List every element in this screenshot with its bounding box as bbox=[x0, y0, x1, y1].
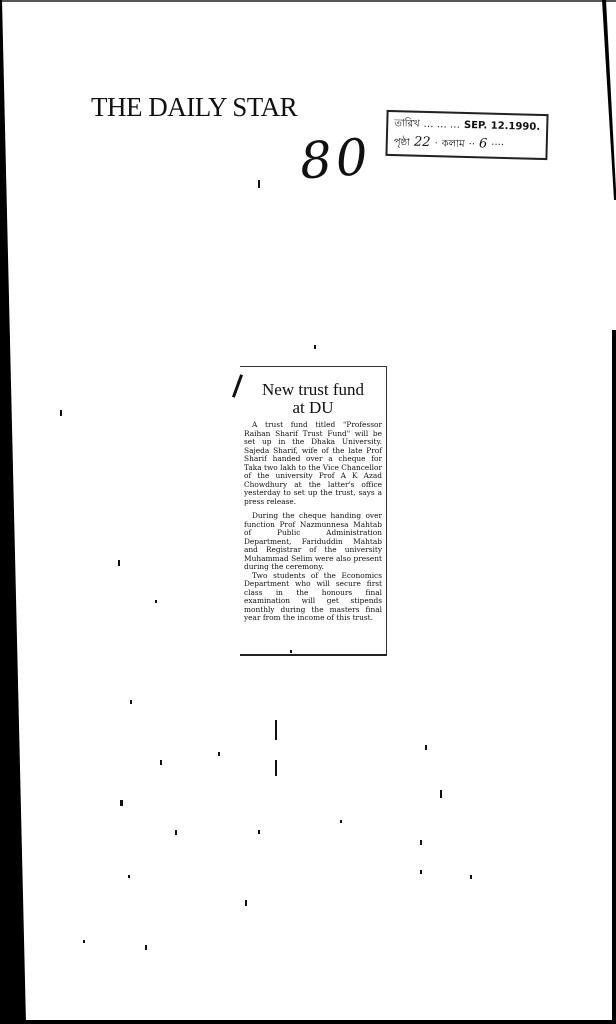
publication-masthead: THE DAILY STAR bbox=[91, 92, 297, 123]
scan-speck bbox=[160, 760, 162, 765]
scan-speck bbox=[130, 700, 132, 704]
stamp-dots: ·· bbox=[468, 139, 475, 150]
scan-speck bbox=[420, 870, 422, 874]
stamp-page-label: পৃষ্ঠা bbox=[394, 135, 411, 152]
scan-top-border bbox=[0, 0, 616, 2]
scan-speck bbox=[155, 600, 157, 603]
scan-speck bbox=[145, 945, 147, 950]
newspaper-clipping: New trust fund at DU A trust fund titled… bbox=[240, 366, 387, 656]
scan-speck bbox=[340, 820, 342, 823]
stamp-dots: ···· bbox=[491, 140, 504, 151]
scan-speck bbox=[118, 560, 120, 566]
article-headline: New trust fund at DU bbox=[244, 381, 382, 417]
stamp-dots: … … … bbox=[423, 119, 460, 131]
scan-speck bbox=[275, 720, 277, 740]
scan-speck bbox=[470, 875, 472, 879]
scan-speck bbox=[128, 875, 130, 878]
scan-right-border bbox=[612, 330, 616, 1024]
scan-right-tear bbox=[598, 0, 616, 200]
stamp-column-value: 6 bbox=[479, 136, 488, 151]
scan-speck bbox=[275, 760, 277, 776]
scan-speck bbox=[218, 752, 220, 756]
scan-speck bbox=[175, 830, 177, 835]
article-paragraph: A trust fund titled "Professor Raihan Sh… bbox=[244, 421, 382, 506]
scan-speck bbox=[245, 900, 247, 906]
scan-speck bbox=[290, 650, 292, 653]
scan-left-border bbox=[0, 0, 30, 1024]
scan-speck bbox=[120, 800, 123, 806]
stamp-dots: · bbox=[434, 138, 437, 149]
scan-speck bbox=[440, 790, 442, 798]
article-body: A trust fund titled "Professor Raihan Sh… bbox=[244, 421, 382, 623]
stamp-page-value: 22 bbox=[414, 135, 431, 150]
stamp-date-value: SEP. 12.1990. bbox=[464, 120, 540, 133]
archive-stamp: তারিখ … … … SEP. 12.1990. পৃষ্ঠা 22 · কল… bbox=[385, 110, 548, 160]
headline-line-1: New trust fund bbox=[244, 381, 382, 399]
scan-speck bbox=[83, 940, 85, 943]
scan-speck bbox=[420, 840, 422, 845]
scan-speck bbox=[258, 830, 260, 834]
article-paragraph: During the cheque handing over function … bbox=[244, 512, 382, 572]
article-paragraph: Two students of the Economics Department… bbox=[244, 572, 382, 623]
headline-line-2: at DU bbox=[244, 399, 382, 417]
handwritten-page-number: 80 bbox=[298, 128, 373, 191]
stamp-column-label: কলাম bbox=[441, 136, 464, 154]
scan-speck bbox=[258, 180, 260, 188]
stamp-page-row: পৃষ্ঠা 22 · কলাম ·· 6 ···· bbox=[394, 134, 540, 156]
scan-speck bbox=[60, 410, 62, 416]
stamp-date-label: তারিখ bbox=[394, 116, 420, 134]
scan-bottom-border bbox=[0, 1020, 616, 1024]
scan-speck bbox=[425, 745, 427, 750]
scan-speck bbox=[314, 345, 316, 349]
